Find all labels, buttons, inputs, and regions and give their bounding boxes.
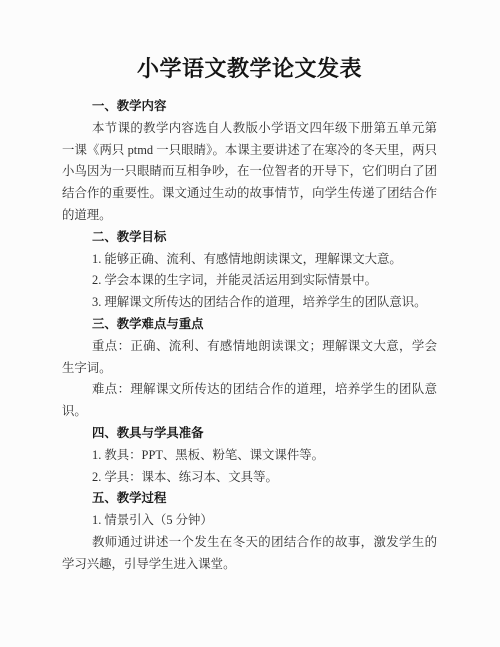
section-4-heading: 四、教具与学具准备 bbox=[62, 423, 437, 445]
section-2-list-item-1: 1. 能够正确、流利、有感情地朗读课文，理解课文大意。 bbox=[62, 249, 437, 271]
section-1-heading: 一、教学内容 bbox=[62, 96, 437, 118]
section-5-paragraph: 教师通过讲述一个发生在冬天的团结合作的故事，激发学生的学习兴趣，引导学生进入课堂… bbox=[62, 532, 437, 576]
section-1-paragraph: 本节课的教学内容选自人教版小学语文四年级下册第五单元第一课《两只 ptmd 一只… bbox=[62, 118, 437, 227]
section-3-paragraph-key-points: 重点：正确、流利、有感情地朗读课文；理解课文大意，学会生字词。 bbox=[62, 336, 437, 380]
section-4-list-item-2: 2. 学具：课本、练习本、文具等。 bbox=[62, 467, 437, 489]
section-2-list-item-2: 2. 学会本课的生字词，并能灵活运用到实际情景中。 bbox=[62, 270, 437, 292]
section-3-paragraph-difficult-points: 难点：理解课文所传达的团结合作的道理，培养学生的团队意识。 bbox=[62, 379, 437, 423]
section-4-list-item-1: 1. 教具：PPT、黑板、粉笔、课文课件等。 bbox=[62, 445, 437, 467]
section-5-list-item-1: 1. 情景引入（5 分钟） bbox=[62, 510, 437, 532]
document-page: 小学语文教学论文发表 一、教学内容 本节课的教学内容选自人教版小学语文四年级下册… bbox=[0, 0, 500, 647]
section-2-heading: 二、教学目标 bbox=[62, 227, 437, 249]
section-5-heading: 五、教学过程 bbox=[62, 488, 437, 510]
document-title: 小学语文教学论文发表 bbox=[62, 55, 437, 83]
document-body: 一、教学内容 本节课的教学内容选自人教版小学语文四年级下册第五单元第一课《两只 … bbox=[62, 96, 437, 576]
section-2-list-item-3: 3. 理解课文所传达的团结合作的道理，培养学生的团队意识。 bbox=[62, 292, 437, 314]
section-3-heading: 三、教学难点与重点 bbox=[62, 314, 437, 336]
